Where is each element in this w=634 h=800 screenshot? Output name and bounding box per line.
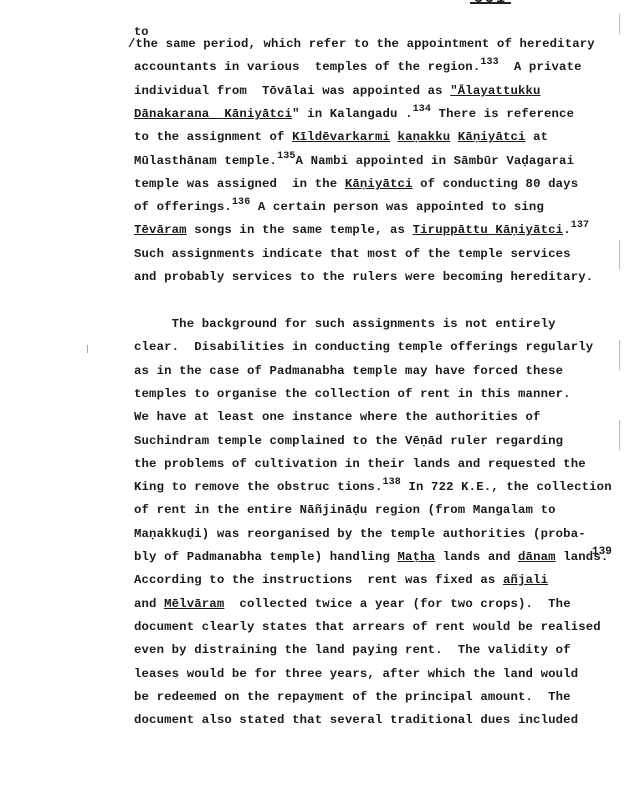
text-span: of rent in the entire Nāñjināḍu region (… — [134, 503, 556, 517]
text-span: songs in the same temple, as — [187, 223, 413, 237]
text-line: leases would be for three years, after w… — [134, 667, 578, 681]
text-line: to the assignment of Kīldēvarkarmi kaṇak… — [134, 130, 548, 144]
text-line: the problems of cultivation in their lan… — [134, 457, 586, 471]
text-line: King to remove the obstruc tions.138 In … — [134, 480, 612, 494]
text-span: even by distraining the land paying rent… — [134, 643, 571, 657]
underlined-term: Kīldēvarkarmi — [292, 130, 390, 144]
footnote-ref: 138 — [382, 477, 400, 488]
text-span: temple was assigned in the — [134, 177, 345, 191]
text-span: clear. Disabilities in conducting temple… — [134, 340, 593, 354]
underlined-term: Maṭha — [398, 550, 436, 564]
text-span: temples to organise the collection of re… — [134, 387, 571, 401]
text-span: There is reference — [431, 107, 574, 121]
text-line: bly of Padmanabha temple) handling Maṭha… — [134, 550, 608, 564]
page-number: 351 — [470, 0, 511, 4]
text-line: Such assignments indicate that most of t… — [134, 247, 571, 261]
text-line: /the same period, which refer to the app… — [128, 37, 595, 51]
margin-rule — [619, 340, 620, 370]
text-span: A certain person was appointed to sing — [250, 200, 544, 214]
text-span: individual from Tōvālai was appointed as — [134, 84, 450, 98]
text-span: document also stated that several tradit… — [134, 713, 578, 727]
footnote-ref: 133 — [480, 57, 498, 68]
text-line: as in the case of Padmanabha temple may … — [134, 364, 563, 378]
footnote-ref: 136 — [232, 197, 250, 208]
text-line: We have at least one instance where the … — [134, 410, 541, 424]
underlined-term: Tiruppāttu Kāṇiyātci — [413, 223, 564, 237]
text-span: bly of Padmanabha temple) handling — [134, 550, 398, 564]
text-span — [450, 130, 458, 144]
underlined-term: "Ālayattukku — [450, 84, 540, 98]
text-span: Suchindram temple complained to the Vēṇā… — [134, 434, 563, 448]
text-span: and probably services to the rulers were… — [134, 270, 593, 284]
text-span: Mūlasthānam temple. — [134, 154, 277, 168]
text-line: Dānakarana Kāniyātci" in Kalangadu .134 … — [134, 107, 574, 121]
underlined-term: dānam — [518, 550, 556, 564]
text-span: of conducting 80 days — [413, 177, 579, 191]
text-span: A private — [499, 60, 582, 74]
text-span: . — [563, 223, 571, 237]
text-span: as in the case of Padmanabha temple may … — [134, 364, 563, 378]
text-line: Suchindram temple complained to the Vēṇā… — [134, 434, 563, 448]
text-span: document clearly states that arrears of … — [134, 620, 601, 634]
text-line: and probably services to the rulers were… — [134, 270, 593, 284]
margin-footnote: 139 — [592, 546, 612, 558]
text-span: at — [526, 130, 549, 144]
text-line: temples to organise the collection of re… — [134, 387, 571, 401]
text-span: We have at least one instance where the … — [134, 410, 541, 424]
text-span: In 722 K.E., the collection — [401, 480, 612, 494]
text-line: The background for such assignments is n… — [134, 317, 556, 331]
underlined-term: Dānakarana Kāniyātci — [134, 107, 292, 121]
text-span: The background for such assignments is n… — [134, 317, 556, 331]
text-line: Mūlasthānam temple.135A Nambi appointed … — [134, 154, 574, 168]
text-span: /the same period, which refer to the app… — [128, 37, 595, 51]
text-line: document also stated that several tradit… — [134, 713, 578, 727]
underlined-term: Kāṇiyātci — [345, 177, 413, 191]
text-span: be redeemed on the repayment of the prin… — [134, 690, 571, 704]
footnote-ref: 135 — [277, 151, 295, 162]
text-span: " in Kalangadu . — [292, 107, 412, 121]
text-span: and — [134, 597, 164, 611]
underlined-term: añjali — [503, 573, 548, 587]
text-span: the problems of cultivation in their lan… — [134, 457, 586, 471]
text-line: be redeemed on the repayment of the prin… — [134, 690, 571, 704]
text-span: accountants in various temples of the re… — [134, 60, 480, 74]
text-line: even by distraining the land paying rent… — [134, 643, 571, 657]
underlined-term: Kāṇiyātci — [458, 130, 526, 144]
footnote-ref: 137 — [571, 220, 589, 231]
text-span: Maṇakkuḍi) was reorganised by the temple… — [134, 527, 586, 541]
text-span: King to remove the obstruc tions. — [134, 480, 382, 494]
margin-rule — [619, 14, 620, 34]
text-line: According to the instructions rent was f… — [134, 573, 548, 587]
text-line: of rent in the entire Nāñjināḍu region (… — [134, 503, 556, 517]
text-line: document clearly states that arrears of … — [134, 620, 601, 634]
margin-rule — [619, 240, 620, 270]
text-span: leases would be for three years, after w… — [134, 667, 578, 681]
text-span: A Nambi appointed in Sāmbūr Vaḍagarai — [296, 154, 575, 168]
margin-rule — [619, 420, 620, 450]
text-line: Tēvāram songs in the same temple, as Tir… — [134, 223, 589, 237]
underlined-term: kaṇakku — [398, 130, 451, 144]
text-line: accountants in various temples of the re… — [134, 60, 582, 74]
text-line: and Mēlvāram collected twice a year (for… — [134, 597, 571, 611]
text-line: individual from Tōvālai was appointed as… — [134, 84, 541, 98]
text-span: According to the instructions rent was f… — [134, 573, 503, 587]
text-line: clear. Disabilities in conducting temple… — [134, 340, 593, 354]
text-span — [390, 130, 398, 144]
text-span: of offerings. — [134, 200, 232, 214]
footnote-ref: 134 — [413, 104, 431, 115]
text-line: of offerings.136 A certain person was ap… — [134, 200, 544, 214]
margin-mark — [87, 345, 88, 353]
text-span: collected twice a year (for two crops). … — [224, 597, 570, 611]
underlined-term: Tēvāram — [134, 223, 187, 237]
text-span: to the assignment of — [134, 130, 292, 144]
text-span: Such assignments indicate that most of t… — [134, 247, 571, 261]
text-line: temple was assigned in the Kāṇiyātci of … — [134, 177, 578, 191]
text-span: lands and — [435, 550, 518, 564]
text-line: Maṇakkuḍi) was reorganised by the temple… — [134, 527, 586, 541]
underlined-term: Mēlvāram — [164, 597, 224, 611]
